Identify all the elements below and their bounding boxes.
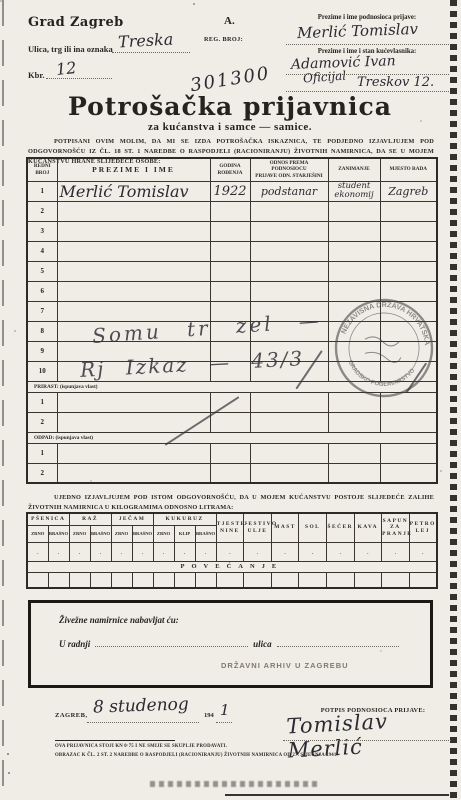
landlord-occupation-handwritten: Oficijal: [303, 69, 347, 86]
empty-cell: [216, 542, 244, 561]
row-number: 1: [27, 392, 57, 412]
year-printed: 194: [204, 712, 214, 719]
row-number: 7: [27, 301, 57, 321]
house-number-handwritten: 12: [55, 58, 77, 79]
group-raz: RAŽ: [69, 513, 111, 525]
purchase-box: Živežne namirnice nabavljat ću: U radnji…: [28, 600, 433, 688]
shop-fill-line: [95, 646, 248, 647]
empty-cell: [57, 443, 210, 463]
empty-cell: [250, 463, 328, 483]
empty-cell: [174, 572, 195, 588]
col-secer: ŠEĆER: [326, 513, 354, 542]
empty-cell: [328, 261, 380, 281]
col-mast: MAST: [271, 513, 299, 542]
sub-zrno: ZRNO: [27, 525, 48, 542]
street-label: Ulica, trg ili ina oznaka: [28, 44, 113, 54]
row-number: 1: [27, 181, 57, 201]
sub-zrno: ZRNO: [111, 525, 132, 542]
person-birth-handwritten: 1922: [210, 181, 250, 201]
empty-cell: [216, 572, 244, 588]
table-row: 1 Merlić Tomislav 1922 podstanar student…: [27, 181, 437, 201]
povecanje-label: POVEĆANJE: [27, 561, 437, 572]
group-kukuruz: KUKURUZ: [153, 513, 216, 525]
odpad-band: ODPAD: (ispunjava vlast): [27, 432, 437, 443]
purchase-intro: Živežne namirnice nabavljat ću:: [59, 615, 179, 625]
empty-cell: [244, 572, 272, 588]
fineprint-line-2: OBRAZAC K ČL. 2 ST. 2 NAREDBE O RASPODJE…: [55, 753, 338, 758]
stamp-top-text: NEZAVISNA DRŽAVA HRVATSKA: [338, 294, 437, 347]
house-number-fill-line: [46, 78, 112, 79]
empty-cell: [354, 572, 382, 588]
empty-cell: [48, 572, 69, 588]
table-row: 2: [27, 463, 437, 483]
empty-cell: [57, 281, 210, 301]
empty-cell: [132, 572, 153, 588]
scan-bottom-edge: [225, 794, 449, 797]
declaration-paragraph-2: UJEDNO IZJAVLJUJEM POD ISTOM ODGOVORNOŠĆ…: [28, 493, 434, 513]
empty-cell: [326, 542, 354, 561]
empty-cell: [250, 281, 328, 301]
col-tjestenine: TJESTE- NINE: [216, 513, 244, 542]
empty-cell: [57, 221, 210, 241]
empty-cell: [210, 281, 250, 301]
empty-cell: [380, 221, 437, 241]
empty-cell: [195, 572, 216, 588]
date-handwritten: 8 studenog: [93, 694, 189, 717]
header-redni-broj: REDNI BROJ: [27, 158, 57, 181]
row-number: 1: [27, 443, 57, 463]
ulica-fill-line: [277, 646, 399, 647]
empty-cell: [174, 542, 195, 561]
empty-cell: [328, 201, 380, 221]
fineprint-divider: [55, 740, 175, 741]
purchase-fill-row: U radnji ulica: [59, 639, 404, 649]
empty-cell: [380, 261, 437, 281]
empty-cell: [111, 572, 132, 588]
row-number: 10: [27, 361, 57, 381]
empty-cell: [328, 412, 380, 432]
supplies-group-header-row: PŠENICA RAŽ JEČAM KUKURUZ TJESTE- NINE J…: [27, 513, 437, 525]
scan-left-edge: [2, 0, 4, 800]
table-row: 4: [27, 241, 437, 261]
row-number: 8: [27, 321, 57, 341]
section-letter: A.: [224, 15, 235, 27]
header-odnos: ODNOS PREMA PODNOSIOCU PRIJAVE ODN. STAR…: [250, 158, 328, 181]
empty-cell: [27, 572, 48, 588]
sub-brasno: BRAŠNO: [90, 525, 111, 542]
empty-cell: [250, 261, 328, 281]
perforated-edge: [450, 0, 457, 800]
place-label: ZAGREB,: [55, 712, 88, 719]
empty-cell: [90, 572, 111, 588]
date-fill-line: [87, 722, 199, 723]
empty-cell: [244, 542, 272, 561]
table-row: 2: [27, 412, 437, 432]
sub-brasno: BRAŠNO: [132, 525, 153, 542]
empty-cell: [271, 542, 299, 561]
street-value-handwritten: Treska: [118, 30, 174, 52]
row-number: 5: [27, 261, 57, 281]
col-jestivo-ulje: JESTIVO ULJE: [244, 513, 272, 542]
empty-cell: [90, 542, 111, 561]
street-fill-line: [112, 52, 190, 53]
empty-cell: [69, 542, 90, 561]
empty-cell: [210, 261, 250, 281]
empty-cell: [210, 412, 250, 432]
empty-cell: [195, 542, 216, 561]
empty-cell: [382, 572, 410, 588]
row-number: 3: [27, 221, 57, 241]
sub-brasno: BRAŠNO: [48, 525, 69, 542]
empty-cell: [57, 463, 210, 483]
empty-cell: [57, 261, 210, 281]
ulica-label: ulica: [253, 639, 272, 649]
city-name: Grad Zagreb: [28, 15, 124, 30]
group-psenica: PŠENICA: [27, 513, 69, 525]
header-mjesto-rada: MJESTO RADA: [380, 158, 437, 181]
form-subtitle: za kućanstva i samce — samice.: [20, 121, 440, 133]
row-number: 6: [27, 281, 57, 301]
empty-cell: [380, 443, 437, 463]
year-fill-line: [216, 722, 232, 723]
person-name-handwritten: Merlić Tomislav: [57, 181, 210, 201]
row-number: 2: [27, 463, 57, 483]
empty-cell: [271, 572, 299, 588]
person-relation-handwritten: podstanar: [250, 181, 328, 201]
empty-cell: [27, 542, 48, 561]
group-jecam: JEČAM: [111, 513, 153, 525]
stamp-scribble: [364, 351, 401, 363]
scanned-document-page: Grad Zagreb Ulica, trg ili ina oznaka Tr…: [0, 0, 461, 800]
empty-cell: [380, 241, 437, 261]
reg-number-label: REG. BROJ:: [204, 36, 243, 43]
empty-cell: [153, 572, 174, 588]
sub-brasno: BRAŠNO: [195, 525, 216, 542]
empty-cell: [250, 443, 328, 463]
applicant-label: Prezime i ime podnosioca prijave:: [285, 14, 449, 21]
empty-cell: [250, 201, 328, 221]
empty-cell: [354, 542, 382, 561]
empty-cell: [409, 572, 437, 588]
empty-cell: [57, 392, 210, 412]
landlord-address-handwritten: Treskov 12.: [357, 75, 434, 90]
empty-cell: [409, 542, 437, 561]
header-zanimanje: ZANIMANJE: [328, 158, 380, 181]
empty-cell: [111, 542, 132, 561]
col-petrolej: PETRO- LEJ: [409, 513, 437, 542]
table-row: 3: [27, 221, 437, 241]
sub-zrno: ZRNO: [153, 525, 174, 542]
empty-cell: [132, 542, 153, 561]
table-row: 5: [27, 261, 437, 281]
stamp-bottom-text: GRADSKO POGLAVARSTVO: [343, 358, 416, 392]
applicant-fill-line: [286, 44, 449, 45]
empty-cell: [299, 572, 327, 588]
empty-cell: [210, 443, 250, 463]
sub-klip: KLIP: [174, 525, 195, 542]
supplies-table: PŠENICA RAŽ JEČAM KUKURUZ TJESTE- NINE J…: [26, 512, 438, 589]
official-round-stamp: NEZAVISNA DRŽAVA HRVATSKA GRADSKO POGLAV…: [325, 289, 442, 406]
col-sol: SOL: [299, 513, 327, 542]
col-kava: KAVA: [354, 513, 382, 542]
table-row: 2: [27, 201, 437, 221]
person-workplace-handwritten: Zagreb: [380, 181, 437, 201]
empty-cell: [250, 221, 328, 241]
odpad-label: ODPAD: (ispunjava vlast): [27, 432, 437, 443]
svg-text:GRADSKO POGLAVARSTVO: GRADSKO POGLAVARSTVO: [343, 358, 416, 392]
ink-smudge: [150, 781, 318, 787]
signature-fill-line: [283, 740, 451, 741]
archive-stamp: DRŽAVNI ARHIV U ZAGREBU: [221, 661, 349, 670]
table-row: 1: [27, 443, 437, 463]
sub-zrno: ZRNO: [69, 525, 90, 542]
col-sapun: SAPUN ZA PRANJE: [382, 513, 410, 542]
empty-cell: [57, 201, 210, 221]
form-title: Potrošačka prijavnica: [20, 92, 440, 121]
empty-cell: [250, 392, 328, 412]
empty-cell: [250, 241, 328, 261]
empty-cell: [69, 572, 90, 588]
row-number: 9: [27, 341, 57, 361]
row-number: 4: [27, 241, 57, 261]
povecanje-band: POVEĆANJE: [27, 561, 437, 572]
supplies-value-row: [27, 542, 437, 561]
person-occupation-handwritten: student ekonomij: [328, 181, 380, 201]
empty-cell: [210, 463, 250, 483]
row-number: 2: [27, 201, 57, 221]
empty-cell: [328, 241, 380, 261]
persons-table-header-row: REDNI BROJ PREZIME I IME GODINA ROĐENJA …: [27, 158, 437, 181]
empty-cell: [48, 542, 69, 561]
empty-cell: [380, 412, 437, 432]
empty-cell: [328, 221, 380, 241]
applicant-name-handwritten: Merlić Tomislav: [297, 20, 419, 42]
empty-cell: [328, 463, 380, 483]
house-number-label: Kbr.: [28, 70, 44, 80]
empty-cell: [380, 463, 437, 483]
fineprint-line-1: OVA PRIJAVNICA STOJI KN 0·75 I NE SMIJE …: [55, 744, 227, 749]
row-number: 2: [27, 412, 57, 432]
empty-cell: [57, 241, 210, 261]
empty-cell: [153, 542, 174, 561]
year-handwritten: 1: [220, 701, 230, 719]
header-prezime-ime: PREZIME I IME: [57, 158, 210, 181]
empty-cell: [210, 201, 250, 221]
declaration-text-2: UJEDNO IZJAVLJUJEM POD ISTOM ODGOVORNOŠĆ…: [28, 494, 434, 511]
svg-text:NEZAVISNA DRŽAVA HRVATSKA: NEZAVISNA DRŽAVA HRVATSKA: [338, 294, 437, 347]
header-godina-rodjenja: GODINA ROĐENJA: [210, 158, 250, 181]
empty-cell: [328, 443, 380, 463]
empty-cell: [210, 221, 250, 241]
supplies-value-row-2: [27, 572, 437, 588]
empty-cell: [382, 542, 410, 561]
shop-label: U radnji: [59, 639, 90, 649]
empty-cell: [380, 201, 437, 221]
empty-cell: [299, 542, 327, 561]
empty-cell: [210, 241, 250, 261]
paper-specks: [0, 0, 2, 2]
empty-cell: [326, 572, 354, 588]
empty-cell: [250, 412, 328, 432]
stamp-scribble: [365, 336, 400, 347]
